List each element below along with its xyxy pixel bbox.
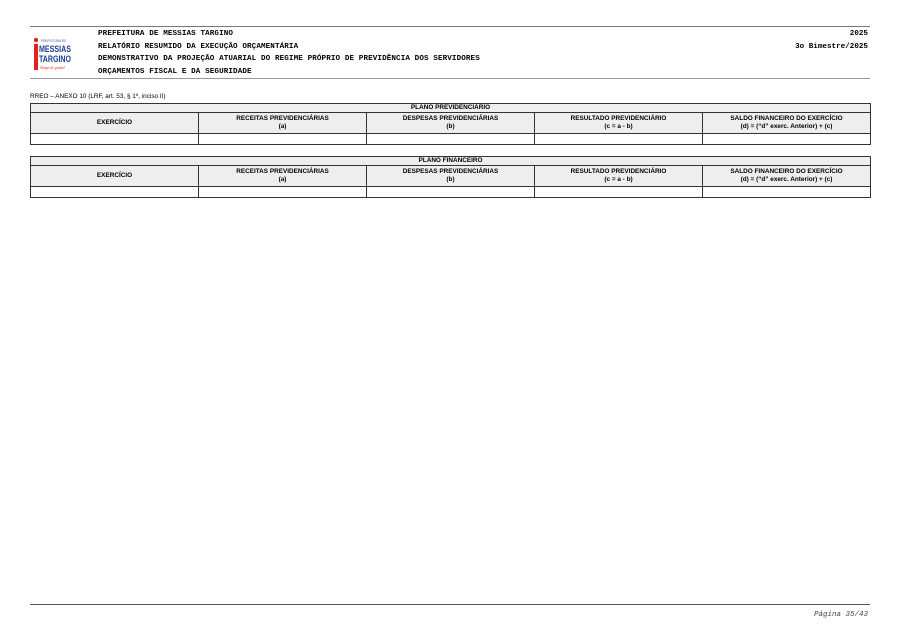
cell-exercicio — [31, 187, 199, 198]
column-header-receitas: RECEITAS PREVIDENCIÁRIAS(a) — [199, 166, 367, 187]
svg-text:MESSIAS: MESSIAS — [39, 44, 71, 54]
header-budget-scope: ORÇAMENTOS FISCAL E DA SEGURIDADE — [98, 68, 252, 76]
column-header-despesas: DESPESAS PREVIDENCIÁRIAS(b) — [367, 166, 535, 187]
plano-previdenciario-table: PLANO PREVIDENCIÁRIO EXERCÍCIO RECEITAS … — [30, 103, 871, 145]
table-title: PLANO FINANCEIRO — [31, 157, 871, 166]
header-report-title: RELATÓRIO RESUMIDO DA EXECUÇÃO ORÇAMENTÁ… — [98, 43, 298, 51]
svg-text:Tempo de gestão!: Tempo de gestão! — [40, 66, 66, 70]
cell-exercicio — [31, 134, 199, 145]
cell-receitas — [199, 187, 367, 198]
table-title: PLANO PREVIDENCIÁRIO — [31, 104, 871, 113]
annex-label: RREO – ANEXO 10 (LRF, art. 53, § 1º, inc… — [30, 93, 166, 100]
table-header-row: EXERCÍCIO RECEITAS PREVIDENCIÁRIAS(a) DE… — [31, 166, 871, 187]
cell-resultado — [535, 187, 703, 198]
column-header-resultado: RESULTADO PREVIDENCIÁRIO(c = a - b) — [535, 113, 703, 134]
plano-financeiro-table: PLANO FINANCEIRO EXERCÍCIO RECEITAS PREV… — [30, 156, 871, 198]
page-number: Página 35/43 — [814, 611, 868, 619]
svg-text:TARGINO: TARGINO — [39, 54, 71, 64]
header-statement-title: DEMONSTRATIVO DA PROJEÇÃO ATUARIAL DO RE… — [98, 55, 480, 63]
cell-saldo — [703, 187, 871, 198]
column-header-resultado: RESULTADO PREVIDENCIÁRIO(c = a - b) — [535, 166, 703, 187]
cell-despesas — [367, 187, 535, 198]
column-header-saldo: SALDO FINANCEIRO DO EXERCÍCIO(d) = (“d” … — [703, 113, 871, 134]
municipality-logo-icon: PREFEITURA DE MESSIAS TARGINO Tempo de g… — [32, 36, 74, 76]
header-municipality: PREFEITURA DE MESSIAS TARGINO — [98, 30, 233, 38]
svg-text:PREFEITURA DE: PREFEITURA DE — [41, 39, 66, 43]
column-header-saldo: SALDO FINANCEIRO DO EXERCÍCIO(d) = (“d” … — [703, 166, 871, 187]
cell-saldo — [703, 134, 871, 145]
column-header-receitas: RECEITAS PREVIDENCIÁRIAS(a) — [199, 113, 367, 134]
header-bottom-rule — [30, 78, 870, 79]
cell-receitas — [199, 134, 367, 145]
header-period: 3o Bimestre/2025 — [795, 43, 868, 51]
table-row — [31, 134, 871, 145]
column-header-despesas: DESPESAS PREVIDENCIÁRIAS(b) — [367, 113, 535, 134]
column-header-exercicio: EXERCÍCIO — [31, 113, 199, 134]
table-header-row: EXERCÍCIO RECEITAS PREVIDENCIÁRIAS(a) DE… — [31, 113, 871, 134]
header-top-rule — [30, 26, 870, 27]
table-row — [31, 187, 871, 198]
cell-resultado — [535, 134, 703, 145]
column-header-exercicio: EXERCÍCIO — [31, 166, 199, 187]
header-year: 2025 — [850, 30, 868, 38]
cell-despesas — [367, 134, 535, 145]
footer-rule — [30, 604, 870, 605]
